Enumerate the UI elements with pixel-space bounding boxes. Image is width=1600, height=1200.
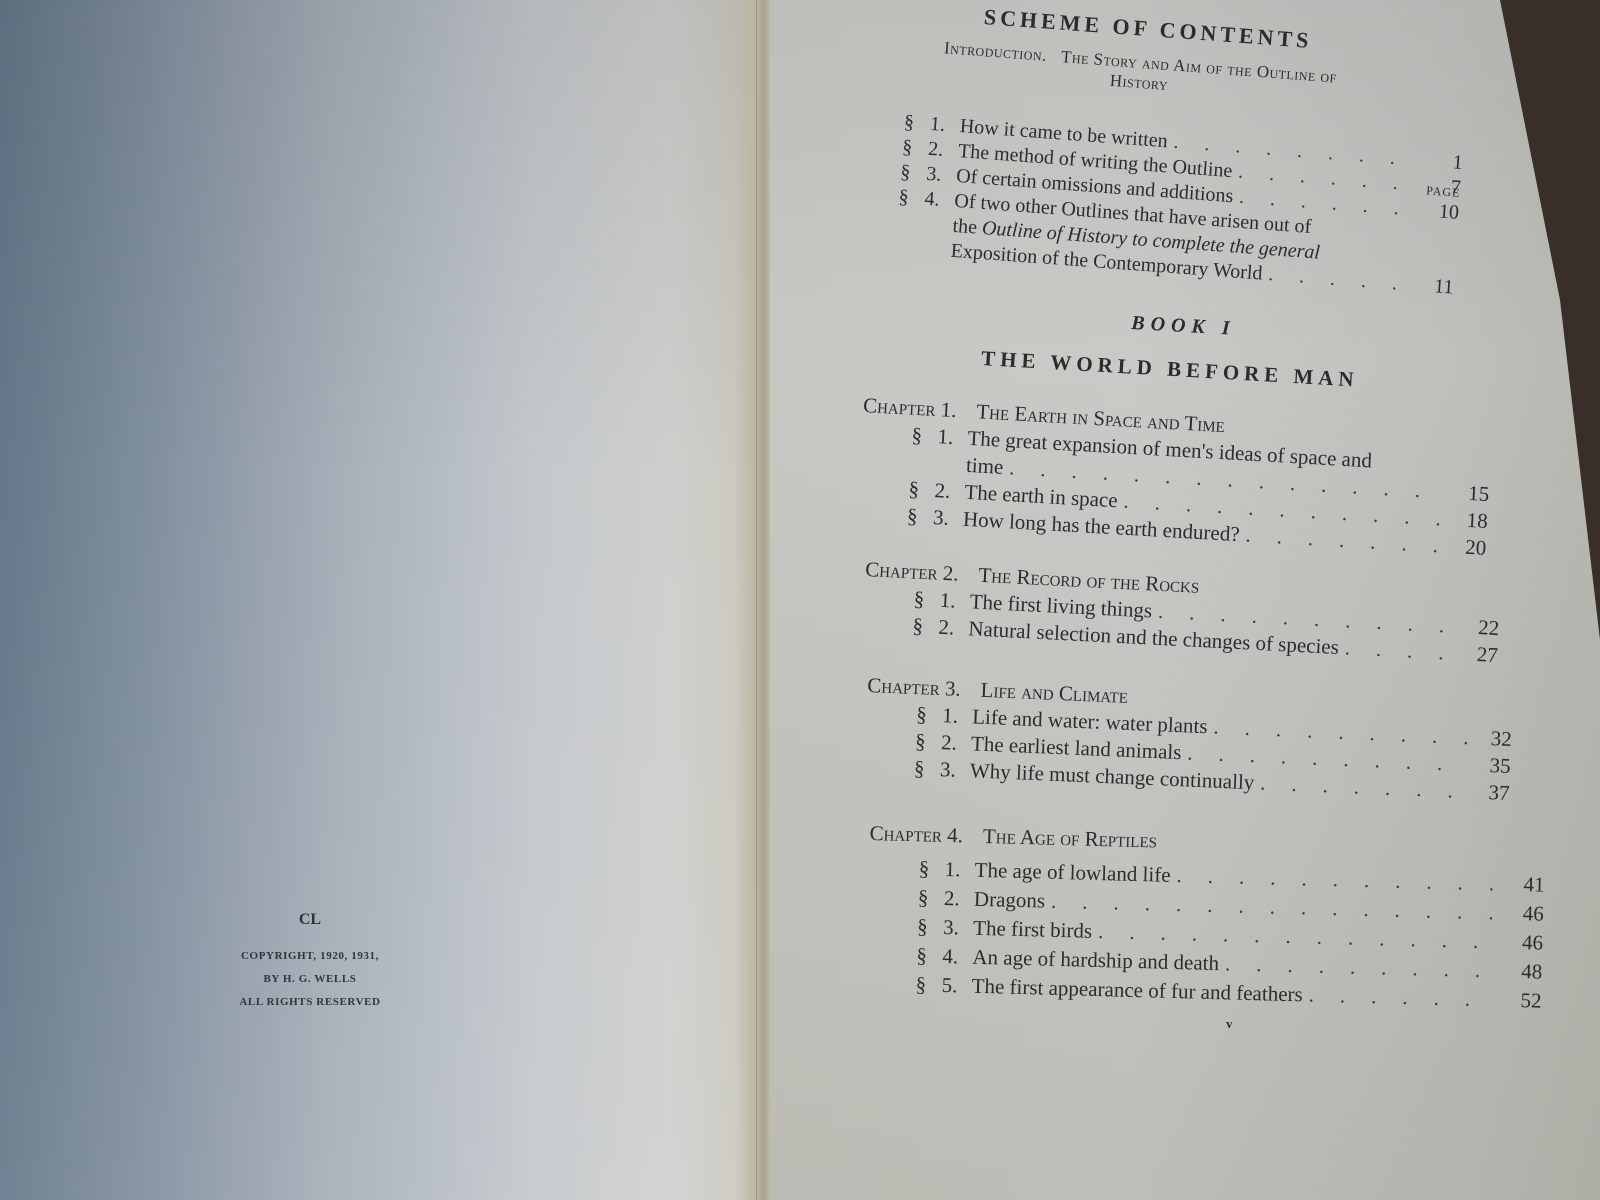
section-mark: §	[912, 612, 939, 640]
chapter-label: Chapter 2.	[865, 557, 959, 586]
entry-number: 2.	[941, 729, 972, 757]
entry-number: 3.	[943, 913, 974, 943]
section-mark: §	[918, 883, 945, 913]
entry-label-cont: the	[952, 215, 983, 239]
section-mark: §	[898, 185, 926, 212]
chapter-label: Chapter 1.	[863, 393, 958, 422]
left-page: CL COPYRIGHT, 1920, 1931, BY H. G. WELLS…	[0, 0, 760, 1200]
entry-number: 2.	[944, 884, 975, 914]
entry-number: 4.	[924, 187, 956, 214]
entry-page: 46	[1499, 899, 1544, 929]
entry-number: 3.	[939, 756, 970, 784]
gutter-crease	[756, 0, 757, 1200]
section-mark: §	[903, 110, 931, 137]
copyright-imprint: CL COPYRIGHT, 1920, 1931, BY H. G. WELLS…	[200, 908, 420, 1014]
entry-page: 20	[1442, 533, 1487, 562]
entry-page: 32	[1467, 724, 1512, 753]
entry-number: 5.	[941, 971, 972, 1001]
publisher-mark: CL	[200, 908, 420, 931]
section-mark: §	[915, 728, 942, 756]
chapter-title: Life and Climate	[980, 678, 1128, 708]
chapter-label: Chapter 3.	[867, 673, 961, 701]
entry-number: 1.	[939, 587, 970, 615]
chapter-4: Chapter 4.The Age of Reptiles § 1. The a…	[865, 820, 1545, 1016]
rights-line: ALL RIGHTS RESERVED	[200, 991, 420, 1014]
section-mark: §	[900, 160, 928, 187]
section-mark: §	[917, 912, 944, 942]
entry-number: 1.	[944, 855, 975, 885]
entry-page: 22	[1455, 613, 1500, 642]
entry-page: 52	[1497, 985, 1542, 1015]
section-mark: §	[906, 503, 933, 531]
entry-number: 1.	[942, 702, 973, 730]
page-folio: v	[1226, 1016, 1233, 1032]
entry-number: 2.	[938, 614, 969, 642]
section-mark: §	[915, 970, 942, 1000]
section-mark: §	[916, 941, 943, 971]
entry-label: Dragons	[974, 885, 1046, 916]
section-mark: §	[916, 701, 943, 729]
entry-page: 46	[1499, 928, 1544, 958]
entry-page: 18	[1443, 506, 1488, 535]
page-column-header: PAGE	[1425, 178, 1461, 205]
entry-page: 41	[1500, 870, 1545, 900]
entry-page: 15	[1445, 479, 1490, 508]
dot-leader: ........................	[1302, 980, 1498, 1014]
chapter-label: Chapter 4.	[869, 821, 963, 847]
entry-page: 37	[1465, 778, 1510, 807]
author-line: BY H. G. WELLS	[200, 968, 420, 991]
entry-label-cont: time	[965, 452, 1004, 481]
entry-number: 2.	[927, 137, 959, 164]
entry-number: 3.	[932, 504, 963, 533]
entry-page: 1	[1418, 148, 1464, 176]
section-mark: §	[913, 585, 940, 613]
entry-number: 1.	[929, 112, 961, 139]
section-mark: §	[901, 135, 929, 162]
section-mark: §	[913, 755, 940, 783]
entry-page: 35	[1466, 751, 1511, 780]
entry-label: The first birds	[973, 914, 1093, 946]
section-mark: §	[911, 422, 938, 450]
entry-number: 1.	[937, 423, 968, 452]
chapter-title: The Age of Reptiles	[983, 824, 1158, 853]
copyright-line: COPYRIGHT, 1920, 1931,	[200, 945, 420, 968]
entry-number: 4.	[942, 942, 973, 972]
entry-page: 48	[1498, 957, 1543, 987]
dot-leader: ........................	[1338, 634, 1454, 667]
entry-page: 27	[1453, 640, 1498, 669]
entry-page: 11	[1409, 272, 1455, 300]
entry-number: 2.	[934, 477, 965, 506]
section-mark: §	[908, 476, 935, 504]
entry-number: 3.	[925, 162, 957, 189]
section-mark: §	[918, 854, 945, 884]
